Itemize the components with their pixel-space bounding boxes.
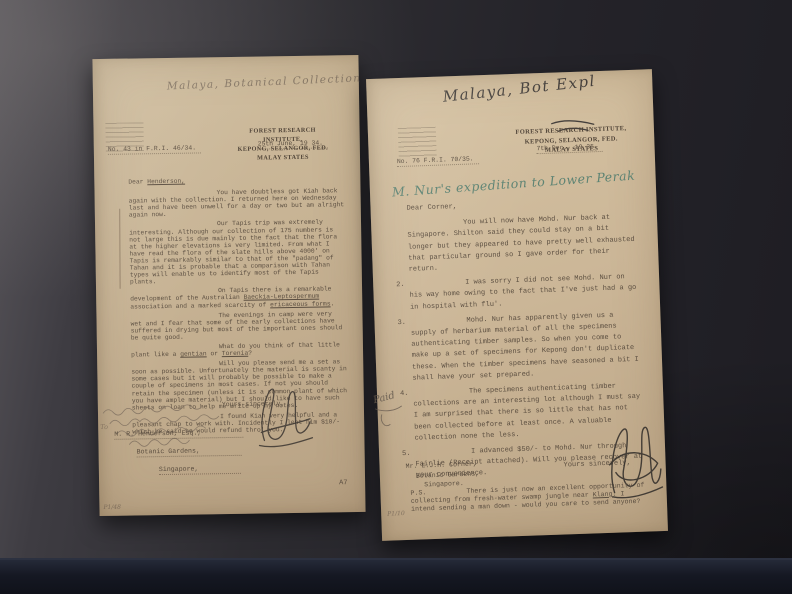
letter-paragraph: Our Tapis trip was extremely interesting… xyxy=(129,219,346,286)
page-mark: A7 xyxy=(339,479,348,487)
salutation: Dear Henderson, xyxy=(128,175,344,185)
address-line: Botanic Gardens, xyxy=(137,447,242,458)
salutation: Dear Corner, xyxy=(406,196,634,215)
subject-note-green-ink: M. Nur's expedition to Lower Perak xyxy=(392,168,636,200)
paragraph-text: You have doubtless got Kiah back again w… xyxy=(129,187,345,219)
paragraph-text: ericaceous forms xyxy=(270,300,331,308)
paragraph-text: You will now have Mohd. Nur back at Sing… xyxy=(407,214,634,274)
paragraph-number: 4. xyxy=(400,389,409,400)
letter-paragraph: 2.I was sorry I did not see Mohd. Nur on… xyxy=(409,272,638,314)
letter-paragraph: 3.Mohd. Nur has apparently given us a su… xyxy=(410,310,640,385)
salutation-name: Henderson, xyxy=(147,178,185,186)
letter-paragraph: The evenings in camp were very wet and I… xyxy=(130,310,346,342)
printed-reference-notice xyxy=(398,127,437,158)
paragraph-number: 2. xyxy=(396,280,405,291)
archive-mark: P1/10 xyxy=(387,510,405,518)
paragraph-number: 5. xyxy=(402,449,411,460)
paragraph-text: gentian xyxy=(180,350,207,357)
letter-paragraph: You will now have Mohd. Nur back at Sing… xyxy=(407,212,637,276)
address-line: M. R. Henderson, Esq., xyxy=(114,429,243,440)
ink-title-annotation: Malaya, Bot Expl xyxy=(442,72,597,106)
salutation-name: Corner, xyxy=(427,203,457,212)
paragraph-text: Klang xyxy=(593,491,613,499)
paragraph-text: ? xyxy=(248,350,252,357)
reference-number: No. 76 F.R.I. 70/35. xyxy=(397,155,479,167)
salutation-pre: Dear xyxy=(128,178,147,185)
salutation-pre: Dear xyxy=(406,204,427,213)
paragraph-text: association and a marked scarcity of xyxy=(130,301,270,310)
letter-paragraph: What do you think of that little plant l… xyxy=(131,341,347,359)
paragraph-number: P.S. xyxy=(410,489,426,497)
paragraph-text: Torenia xyxy=(222,350,249,357)
pencil-title-annotation: Malaya, Botanical Collection xyxy=(167,72,362,92)
pencil-margin-line xyxy=(119,209,120,289)
letter-left: Malaya, Botanical Collection FOREST RESE… xyxy=(92,55,365,516)
letter-paragraph: On Tapis there is a remarkable developme… xyxy=(130,285,346,310)
reference-number: No. 43 in F.R.I. 46/34. xyxy=(108,144,201,154)
letter-date: 25th June, 19 34. xyxy=(258,139,328,149)
display-shelf-edge xyxy=(0,558,792,594)
letter-paragraph: You have doubtless got Kiah back again w… xyxy=(128,187,344,219)
address-line: Singapore, xyxy=(159,465,241,475)
archive-mark: P1/48 xyxy=(103,504,121,511)
paragraph-text: The evenings in camp were very wet and I… xyxy=(131,310,343,341)
paragraph-number: 3. xyxy=(397,318,406,329)
paragraph-text: Our Tapis trip was extremely interesting… xyxy=(129,219,337,286)
paid-flourish xyxy=(371,404,406,431)
paragraph-text: I was sorry I did not see Mohd. Nur on h… xyxy=(409,273,636,311)
addressee-block: Mr. E.J.H. Corner,Botanic Gardens,Singap… xyxy=(405,459,479,490)
to-label: To xyxy=(100,423,108,431)
paragraph-text: Mohd. Nur has apparently given us a supp… xyxy=(411,311,639,382)
addressee-block: M. R. Henderson, Esq.,Botanic Gardens,Si… xyxy=(114,429,244,485)
paragraph-text: . xyxy=(331,300,335,307)
paragraph-text: or xyxy=(207,350,222,357)
letter-right: Malaya, Bot Expl FOREST RESEARCH INSTITU… xyxy=(366,69,668,541)
